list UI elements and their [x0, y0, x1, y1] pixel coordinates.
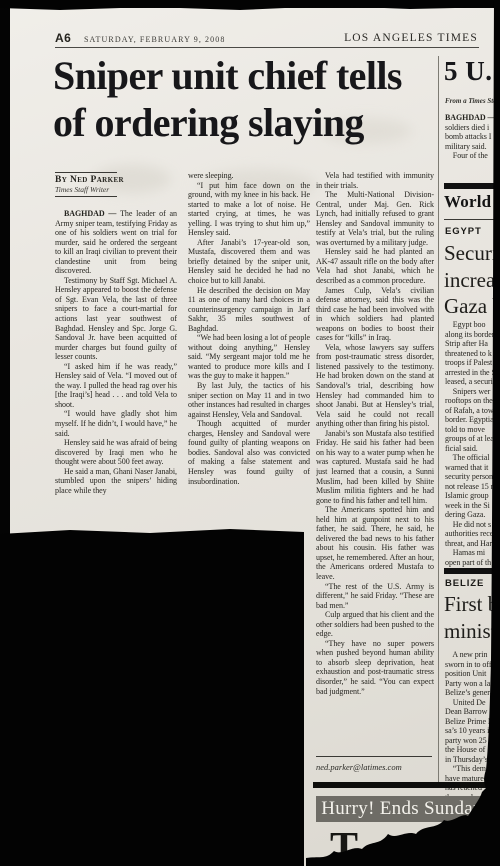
egypt-headline: Securit increas Gaza b — [444, 240, 500, 320]
article-column-3: Vela had testified with immunity in thei… — [316, 171, 434, 749]
brief-byline: From a Times Staff W — [445, 97, 500, 105]
brief-headline: 5 U.S. — [444, 56, 500, 87]
paragraph: “I asked him if he was ready,” Hensley s… — [55, 362, 177, 410]
header-rule — [55, 47, 479, 48]
paragraph: Testimony by Staff Sgt. Michael A. Hensl… — [55, 276, 177, 362]
ad-banner-text: Hurry! Ends Sunday — [321, 798, 483, 820]
paragraph: BAGHDAD — The leader of an Army sniper t… — [55, 209, 177, 276]
paragraph: Culp argued that his client and the othe… — [316, 610, 434, 639]
masthead: LOS ANGELES TIMES — [344, 32, 478, 44]
byline-rule-top — [55, 172, 117, 173]
paragraph: Though acquitted of murder charges, Hens… — [188, 419, 310, 486]
belize-kicker: BELIZE — [445, 578, 484, 589]
paragraph: Vela, whose lawyers say suffers from pos… — [316, 343, 434, 429]
world-section-header: World in — [444, 192, 500, 212]
egypt-body: Egypt boo along its border Strip after H… — [445, 320, 498, 567]
world-section-rule — [444, 219, 500, 220]
column-divider-rule — [438, 56, 439, 783]
world-section-bar — [444, 183, 500, 189]
article-column-2: were sleeping.“I put him face down on th… — [188, 171, 310, 543]
paragraph: “We had been losing a lot of people with… — [188, 333, 310, 381]
byline: By Ned Parker — [55, 175, 177, 185]
belize-body: A new prin sworn in to off position Unit… — [445, 650, 495, 802]
newspaper-page-photo: A6 SATURDAY, FEBRUARY 9, 2008 LOS ANGELE… — [0, 0, 500, 866]
paragraph: By last July, the tactics of his sniper … — [188, 381, 310, 419]
paragraph: The Americans spotted him and held him a… — [316, 505, 434, 581]
paragraph: Janabi’s son Mustafa also testified Frid… — [316, 429, 434, 505]
paragraph: “The rest of the U.S. Army is different,… — [316, 582, 434, 611]
author-email: ned.parker@latimes.com — [316, 762, 402, 772]
ad-partial-letter: T — [330, 824, 358, 866]
ad-banner: Hurry! Ends Sunday — [316, 796, 488, 822]
belize-section-bar — [444, 568, 500, 574]
brief-body: BAGHDAD — soldiers died i bomb attacks I… — [445, 113, 495, 161]
paragraph: Hensley said he had planted an AK-47 ass… — [316, 247, 434, 285]
egypt-kicker: EGYPT — [445, 226, 482, 237]
paragraph: After Janabi’s 17-year-old son, Mustafa,… — [188, 238, 310, 286]
byline-rule-bottom — [55, 196, 117, 197]
belize-headline: First blac minister — [444, 591, 500, 644]
ad-top-bar — [313, 782, 488, 788]
article-headline: Sniper unit chief tells of ordering slay… — [53, 52, 443, 146]
paragraph: “I would have gladly shot him myself. If… — [55, 409, 177, 438]
headline-line1: Sniper unit chief tells — [53, 52, 443, 99]
paragraph: He said a man, Ghani Naser Janabi, stumb… — [55, 467, 177, 496]
paragraph: were sleeping. — [188, 171, 310, 181]
byline-title: Times Staff Writer — [55, 185, 177, 194]
article-column-1: BAGHDAD — The leader of an Army sniper t… — [55, 209, 177, 539]
page-number: A6 — [55, 31, 71, 45]
paragraph: He described the decision on May 11 as o… — [188, 286, 310, 334]
paragraph: “They have no super powers when pushed b… — [316, 639, 434, 696]
paragraph: “I put him face down on the ground, with… — [188, 181, 310, 238]
paragraph: The Multi-National Division-Central, und… — [316, 190, 434, 247]
email-rule — [316, 756, 432, 757]
paragraph: James Culp, Vela’s civilian defense atto… — [316, 286, 434, 343]
page-date: SATURDAY, FEBRUARY 9, 2008 — [84, 35, 225, 44]
headline-line2: of ordering slaying — [53, 99, 443, 146]
paragraph: Hensley said he was afraid of being disc… — [55, 438, 177, 467]
byline-block: By Ned Parker Times Staff Writer — [55, 170, 177, 199]
paragraph: Vela had testified with immunity in thei… — [316, 171, 434, 190]
